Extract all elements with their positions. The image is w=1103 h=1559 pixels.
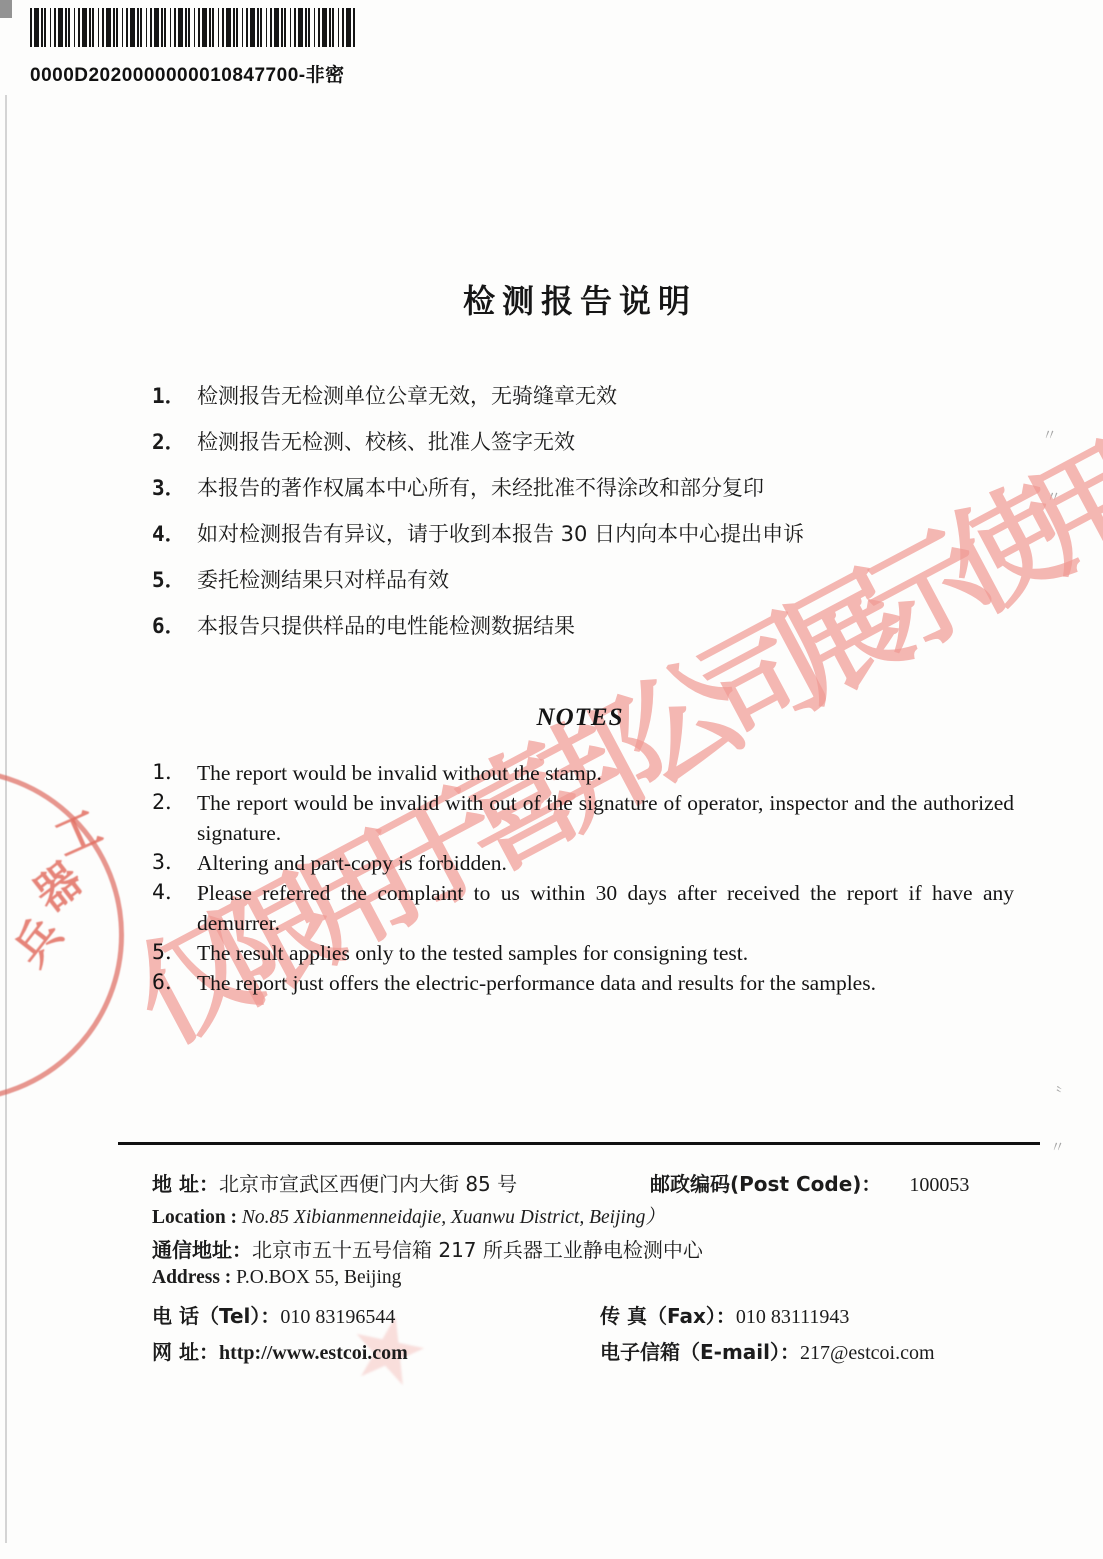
scan-artifact: 〃 [1050, 1136, 1065, 1157]
item-text: 本报告只提供样品的电性能检测数据结果 [197, 614, 575, 638]
item-number: 6． [152, 613, 186, 639]
english-notes-list: 1． The report would be invalid without t… [152, 758, 1014, 998]
fax-label: 传 真（Fax）： [600, 1304, 736, 1328]
scan-artifact [0, 0, 12, 18]
location-label: Location : [152, 1207, 237, 1228]
fax-group: 传 真（Fax）：010 83111943 [600, 1300, 849, 1329]
page-title: 检测报告说明 [0, 276, 1103, 322]
address-en-value: P.O.BOX 55, Beijing [236, 1267, 401, 1288]
item-text: 检测报告无检测、校核、批准人签字无效 [197, 430, 575, 454]
list-item: 4． Please referred the complaint to us w… [152, 878, 1014, 938]
footer-row-location: Location : No.85 Xibianmenneidajie, Xuan… [152, 1201, 1052, 1229]
item-number: 1． [152, 383, 186, 409]
fax-value: 010 83111943 [736, 1306, 850, 1328]
address-label: 地 址： [152, 1172, 219, 1196]
footer-divider [118, 1142, 1040, 1145]
item-text: The result applies only to the tested sa… [197, 941, 748, 965]
list-item: 4． 如对检测报告有异议，请于收到本报告 30 日内向本中心提出申诉 [152, 521, 1022, 547]
footer-row-address-en: Address : P.O.BOX 55, Beijing [152, 1267, 1052, 1289]
item-text: 本报告的著作权属本中心所有，未经批准不得涂改和部分复印 [197, 476, 764, 500]
item-number: 1． [152, 758, 186, 788]
item-number: 5． [152, 938, 186, 968]
item-number: 3． [152, 848, 186, 878]
email-label: 电子信箱（E-mail）： [600, 1340, 800, 1364]
item-number: 4． [152, 878, 186, 908]
address-en-label: Address : [152, 1267, 231, 1288]
location-value: No.85 Xibianmenneidajie, Xuanwu District… [242, 1207, 665, 1228]
email-group: 电子信箱（E-mail）：217@estcoi.com [600, 1336, 935, 1365]
item-number: 4． [152, 521, 186, 547]
barcode [30, 8, 356, 47]
item-text: 委托检测结果只对样品有效 [197, 568, 449, 592]
postcode-label: 邮政编码(Post Code)： [650, 1172, 881, 1196]
postcode-value: 100053 [909, 1174, 969, 1196]
mail-address-value: 北京市五十五号信箱 217 所兵器工业静电检测中心 [252, 1238, 703, 1262]
scanned-report-page: { "barcode": { "code": "0000D20200000000… [0, 0, 1103, 1559]
tel-value: 010 83196544 [280, 1306, 395, 1328]
item-text: The report would be invalid without the … [197, 761, 602, 785]
item-text: 检测报告无检测单位公章无效，无骑缝章无效 [197, 384, 617, 408]
item-text: The report just offers the electric-perf… [197, 971, 876, 995]
scan-artifact: 〝 [1047, 1083, 1062, 1104]
item-number: 2． [152, 788, 186, 818]
list-item: 6． The report just offers the electric-p… [152, 968, 1014, 998]
list-item: 1． The report would be invalid without t… [152, 758, 1014, 788]
scan-artifact: 〃 [1046, 486, 1061, 507]
website-value: http://www.estcoi.com [219, 1342, 408, 1364]
footer-row-web-email: 网 址：http://www.estcoi.com 电子信箱（E-mail）：2… [152, 1336, 1052, 1365]
email-value: 217@estcoi.com [800, 1342, 935, 1364]
mail-address-label: 通信地址： [152, 1238, 252, 1262]
list-item: 3． Altering and part-copy is forbidden. [152, 848, 1014, 878]
list-item: 3． 本报告的著作权属本中心所有，未经批准不得涂改和部分复印 [152, 475, 1022, 501]
address-value: 北京市宣武区西便门内大街 85 号 [219, 1172, 517, 1196]
barcode-label: 0000D2020000000010847700-非密 [30, 60, 345, 87]
item-text: Please referred the complaint to us with… [197, 881, 1014, 935]
list-item: 5． 委托检测结果只对样品有效 [152, 567, 1022, 593]
list-item: 6． 本报告只提供样品的电性能检测数据结果 [152, 613, 1022, 639]
list-item: 2． 检测报告无检测、校核、批准人签字无效 [152, 429, 1022, 455]
list-item: 2． The report would be invalid with out … [152, 788, 1014, 848]
website-label: 网 址： [152, 1340, 219, 1364]
notes-heading: NOTES [0, 704, 1103, 732]
item-text: 如对检测报告有异议，请于收到本报告 30 日内向本中心提出申诉 [197, 522, 804, 546]
footer-row-mail-address: 通信地址：北京市五十五号信箱 217 所兵器工业静电检测中心 [152, 1234, 1052, 1263]
chinese-notes-list: 1． 检测报告无检测单位公章无效，无骑缝章无效 2． 检测报告无检测、校核、批准… [152, 383, 1022, 659]
item-text: The report would be invalid with out of … [197, 791, 1014, 845]
item-number: 5． [152, 567, 186, 593]
scan-artifact: 〃 [1042, 424, 1057, 445]
list-item: 5． The result applies only to the tested… [152, 938, 1014, 968]
tel-label: 电 话（Tel）： [152, 1304, 280, 1328]
footer-row-address: 地 址：北京市宣武区西便门内大街 85 号 邮政编码(Post Code)：10… [152, 1168, 1052, 1197]
item-number: 3． [152, 475, 186, 501]
item-text: Altering and part-copy is forbidden. [197, 851, 507, 875]
footer-row-tel-fax: 电 话（Tel）：010 83196544 传 真（Fax）：010 83111… [152, 1300, 1052, 1329]
item-number: 2． [152, 429, 186, 455]
item-number: 6． [152, 968, 186, 998]
postcode-group: 邮政编码(Post Code)：100053 [650, 1168, 969, 1197]
list-item: 1． 检测报告无检测单位公章无效，无骑缝章无效 [152, 383, 1022, 409]
